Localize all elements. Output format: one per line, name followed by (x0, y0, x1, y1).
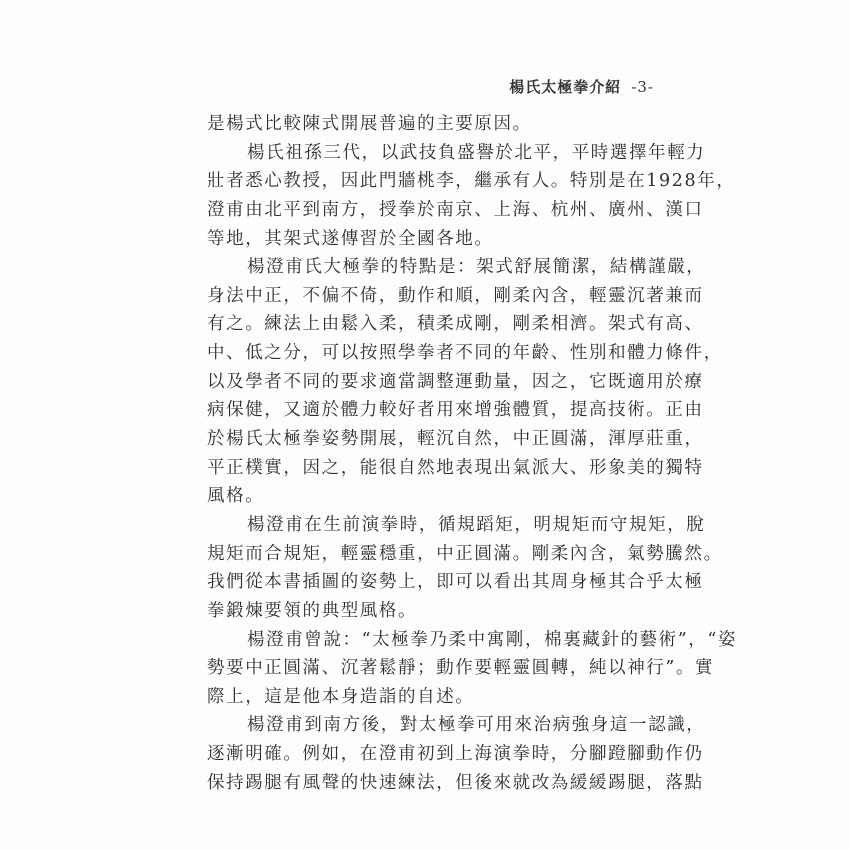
text-line: 等地，其架式遂傳習於全國各地。 (207, 225, 653, 254)
text-line: 勢要中正圓滿、沉著鬆靜；動作要輕靈圓轉，純以神行”。實 (207, 654, 653, 683)
text-line: 以及學者不同的要求適當調整運動量，因之，它既適用於療 (207, 368, 653, 397)
text-line: 際上，這是他本身造詣的自述。 (207, 683, 653, 712)
text-line: 病保健，又適於體力較好者用來增強體質，提高技術。正由 (207, 396, 653, 425)
text-line: 拳鍛煉要領的典型風格。 (207, 597, 653, 626)
running-header: 楊氏太極拳介紹-3- (509, 76, 654, 97)
text-line: 於楊氏太極拳姿勢開展，輕沉自然，中正圓滿，渾厚莊重， (207, 425, 653, 454)
text-line: 是楊式比較陳式開展普遍的主要原因。 (207, 110, 653, 139)
text-line: 我們從本書插圖的姿勢上，即可以看出其周身極其合乎太極 (207, 568, 653, 597)
page-number: -3- (631, 78, 654, 96)
text-line: 楊氏祖孫三代，以武技負盛譽於北平，平時選擇年輕力 (207, 139, 653, 168)
text-line: 逐漸明確。例如，在澄甫初到上海演拳時，分腳蹬腳動作仍 (207, 740, 653, 769)
text-line: 楊澄甫到南方後，對太極拳可用來治病強身這一認識， (207, 711, 653, 740)
text-line: 身法中正，不偏不倚，動作和順，剛柔內含，輕靈沉著兼而 (207, 282, 653, 311)
text-line: 有之。練法上由鬆入柔，積柔成剛，剛柔相濟。架式有高、 (207, 310, 653, 339)
text-line: 楊澄甫在生前演拳時，循規蹈矩，明規矩而守規矩，脫 (207, 511, 653, 540)
text-line: 楊澄甫氏大極拳的特點是：架式舒展簡潔，結構謹嚴， (207, 253, 653, 282)
body-text: 是楊式比較陳式開展普遍的主要原因。 楊氏祖孫三代，以武技負盛譽於北平，平時選擇年… (207, 110, 653, 797)
chapter-title: 楊氏太極拳介紹 (509, 78, 621, 96)
text-line: 規矩而合規矩，輕靈穩重，中正圓滿。剛柔內含，氣勢騰然。 (207, 540, 653, 569)
book-page: 楊氏太極拳介紹-3- 是楊式比較陳式開展普遍的主要原因。 楊氏祖孫三代，以武技負… (0, 0, 850, 850)
text-line: 保持踢腿有風聲的快速練法，但後來就改為緩緩踢腿，落點 (207, 769, 653, 798)
text-line: 楊澄甫曾說：“太極拳乃柔中寓剛，棉裏藏針的藝術”，“姿 (207, 626, 653, 655)
text-line: 澄甫由北平到南方，授拳於南京、上海、杭州、廣州、漢口 (207, 196, 653, 225)
text-line: 平正樸實，因之，能很自然地表現出氣派大、形象美的獨特 (207, 454, 653, 483)
text-line: 風格。 (207, 482, 653, 511)
text-line: 中、低之分，可以按照學拳者不同的年齡、性別和體力條件， (207, 339, 653, 368)
text-line: 壯者悉心教授，因此門牆桃李，繼承有人。特別是在1928年， (207, 167, 653, 196)
